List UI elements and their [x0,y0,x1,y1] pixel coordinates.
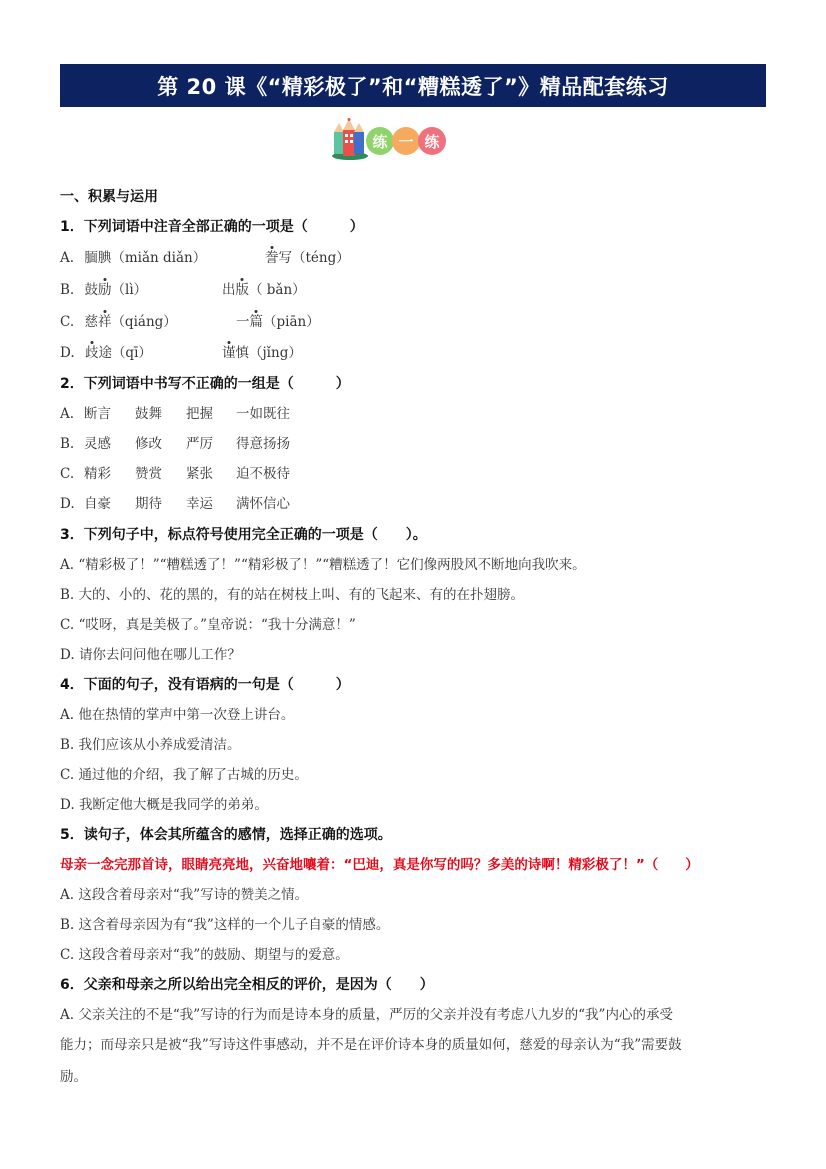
option-word: 一如既往 [236,405,290,423]
option-label: A. [60,887,74,903]
option-word: 把握 [186,405,213,423]
option-dotted-char: 誊 [265,250,279,266]
logo-badge-1: 练 [366,127,394,155]
option-label: C. [60,466,74,482]
option-label: C. [60,767,74,783]
option-text: 这段含着母亲对“我”写诗的赞美之情。 [78,887,308,903]
option-label: D. [60,647,75,663]
option-label: D. [60,496,75,512]
option-pinyin: （piān） [263,314,320,330]
question-3-stem: 3．下列句子中，标点符号使用完全正确的一项是（ ）。 [60,526,427,544]
question-4-option-a: A. 他在热情的掌声中第一次登上讲台。 [60,706,294,724]
option-text: 这段含着母亲对“我”的鼓励、期望与的爱意。 [78,947,348,963]
option-label: B. [60,917,74,933]
option-text: 大的、小的、花的黑的，有的站在树枝上叫、有的飞起来、有的在扑翅膀。 [79,587,525,603]
practice-logo: 练 一 练 [330,118,446,162]
option-word: 赞赏 [135,465,162,483]
option-label: B. [60,436,74,452]
question-1-stem: 1．下列词语中注音全部正确的一项是（ ） [60,218,364,236]
option-word: 紧张 [186,465,213,483]
option-dotted-char: 励 [98,282,112,298]
question-2-option-d: D. 自豪 期待 幸运 满怀信心 [60,495,460,515]
option-word: 鼓 [85,282,99,298]
option-dotted-char: 歧 [85,345,99,361]
option-pinyin: （téng） [292,250,350,266]
section-heading: 一、积累与运用 [60,188,158,206]
option-word: 鼓舞 [135,405,162,423]
option-label: B. [60,587,74,603]
option-word: 修改 [135,435,162,453]
option-label: B. [60,737,74,753]
option-word: 途 [98,345,112,361]
question-2-stem: 2．下列词语中书写不正确的一组是（ ） [60,375,350,393]
option-text: 他在热情的掌声中第一次登上讲台。 [78,707,294,723]
option-pinyin: （miǎn diǎn） [111,250,206,266]
question-4-option-c: C. 通过他的介绍，我了解了古城的历史。 [60,766,308,784]
option-word: 腼腆 [84,250,111,266]
question-3-option-b: B. 大的、小的、花的黑的，有的站在树枝上叫、有的飞起来、有的在扑翅膀。 [60,586,524,604]
question-3-option-d: D. 请你去问问他在哪儿工作？ [60,646,241,664]
option-label: A. [60,250,74,266]
option-dotted-char: 谨 [222,345,236,361]
question-2-option-c: C. 精彩 赞赏 紧张 迫不极待 [60,465,460,485]
question-6-option-a-line-2: 能力；而母亲只是被“我”写诗这件事感动，并不是在评价诗本身的质量如何，慈爱的母亲… [60,1036,682,1054]
option-word: 自豪 [84,495,111,513]
option-label: A. [60,707,74,723]
option-dotted-char: 篇 [250,314,264,330]
option-pinyin: （jǐng） [249,345,302,361]
option-pinyin: （lì） [112,282,148,298]
option-label: C. [60,314,74,330]
option-text: 我们应该从小养成爱清洁。 [79,737,241,753]
document-title: 第 20 课《“精彩极了”和“糟糕透了”》精品配套练习 [157,71,669,101]
option-word: 一 [236,314,250,330]
option-word: 写 [279,250,293,266]
option-word: 迫不极待 [236,465,290,483]
question-4-option-d: D. 我断定他大概是我同学的弟弟。 [60,796,268,814]
logo-badge-3: 练 [418,127,446,155]
option-label: C. [60,617,74,633]
option-text: “哎呀，真是美极了。”皇帝说：“我十分满意！” [78,617,355,633]
option-text: 请你去问问他在哪儿工作？ [79,647,241,663]
question-1-option-c: C. 慈祥（qiáng） 一篇（piān） [60,313,760,333]
question-6-option-a-line-3: 励。 [60,1068,87,1086]
option-pinyin: （qiáng） [111,314,176,330]
question-3-option-a: A. “精彩极了！”“糟糕透了！”“精彩极了！”“糟糕透了！它们像两股风不断地向… [60,556,586,574]
pencil-castle-icon [330,118,370,160]
option-word: 期待 [135,495,162,513]
option-word: 满怀信心 [236,495,290,513]
option-label: B. [60,282,74,298]
option-label: A. [60,1007,74,1023]
question-2-option-a: A. 断言 鼓舞 把握 一如既往 [60,405,460,425]
option-text: 我断定他大概是我同学的弟弟。 [79,797,268,813]
question-1-option-d: D. 歧途（qī） 谨慎（jǐng） [60,344,760,364]
option-word: 出 [222,282,236,298]
question-6-stem: 6．父亲和母亲之所以给出完全相反的评价，是因为（ ） [60,976,434,994]
question-5-option-a: A. 这段含着母亲对“我”写诗的赞美之情。 [60,886,308,904]
question-1-option-b: B. 鼓励（lì） 出版（ bǎn） [60,281,760,301]
question-4-option-b: B. 我们应该从小养成爱清洁。 [60,736,241,754]
question-5-option-b: B. 这含着母亲因为有“我”这样的一个儿子自豪的情感。 [60,916,389,934]
option-pinyin: （ bǎn） [249,282,306,298]
option-pinyin: （qī） [112,345,152,361]
option-label: D. [60,797,75,813]
option-dotted-char: 祥 [98,314,112,330]
question-5-quote: 母亲一念完那首诗，眼睛亮亮地，兴奋地嚷着：“巴迪，真是你写的吗？多美的诗啊！精彩… [60,856,699,874]
question-5-option-c: C. 这段含着母亲对“我”的鼓励、期望与的爱意。 [60,946,349,964]
option-word: 断言 [84,405,111,423]
question-6-option-a: A. 父亲关注的不是“我”写诗的行为而是诗本身的质量，严厉的父亲并没有考虑八九岁… [60,1006,673,1024]
option-text: “精彩极了！”“糟糕透了！”“精彩极了！”“糟糕透了！它们像两股风不断地向我吹来… [78,557,585,573]
option-word: 严厉 [186,435,213,453]
option-text: 这含着母亲因为有“我”这样的一个儿子自豪的情感。 [79,917,390,933]
question-1-option-a: A. 腼腆（miǎn diǎn） 誊写（téng） [60,249,760,269]
option-label: A. [60,557,74,573]
option-word: 得意扬扬 [236,435,290,453]
option-word: 慈 [84,314,98,330]
option-word: 幸运 [186,495,213,513]
option-word: 精彩 [84,465,111,483]
logo-badge-2: 一 [392,127,420,155]
option-word: 灵感 [84,435,111,453]
option-dotted-char: 版 [236,282,250,298]
question-4-stem: 4．下面的句子，没有语病的一句是（ ） [60,676,350,694]
option-label: D. [60,345,75,361]
question-5-stem: 5．读句子，体会其所蕴含的感情，选择正确的选项。 [60,826,392,844]
question-3-option-c: C. “哎呀，真是美极了。”皇帝说：“我十分满意！” [60,616,356,634]
option-word: 慎 [236,345,250,361]
option-label: C. [60,947,74,963]
option-text: 通过他的介绍，我了解了古城的历史。 [78,767,308,783]
document-title-banner: 第 20 课《“精彩极了”和“糟糕透了”》精品配套练习 [60,64,766,107]
question-2-option-b: B. 灵感 修改 严厉 得意扬扬 [60,435,460,455]
option-text: 父亲关注的不是“我”写诗的行为而是诗本身的质量，严厉的父亲并没有考虑八九岁的“我… [78,1007,673,1023]
option-label: A. [60,406,74,422]
